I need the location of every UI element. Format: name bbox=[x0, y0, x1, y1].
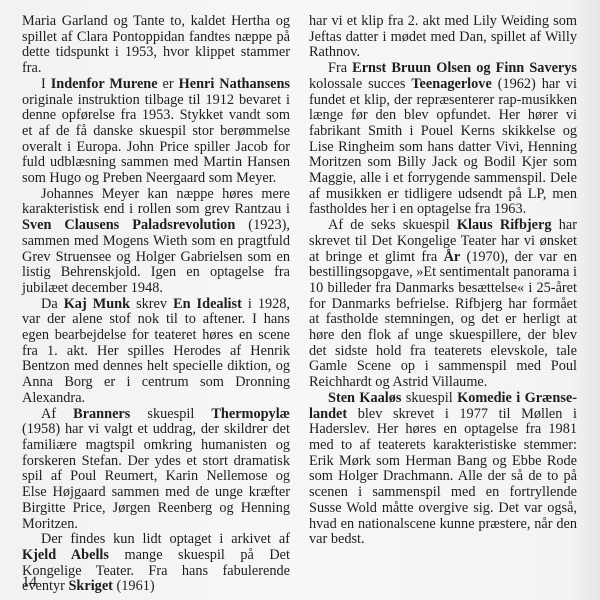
paragraph: Fra Ernst Bruun Olsen og Finn Saverys ko… bbox=[309, 61, 577, 218]
text-segment: Af de seks skuespil bbox=[328, 217, 457, 233]
text-segment: (1962) har vi fundet et klip, der repræs… bbox=[309, 76, 577, 218]
text-segment: I bbox=[41, 76, 51, 92]
document-page: Maria Garland og Tante to, kaldet Hertha… bbox=[0, 0, 600, 600]
play-title-thermopylae: Thermopylæ bbox=[211, 406, 290, 422]
play-title-en-idealist: En Idealist bbox=[173, 296, 242, 312]
paragraph: Af Branners skuespil Thermopylæ (1958) h… bbox=[22, 407, 290, 533]
text-segment: skuespil bbox=[130, 406, 211, 422]
text-segment: skuespil bbox=[401, 390, 457, 406]
paragraph: Da Kaj Munk skrev En Idealist i 1928, va… bbox=[22, 297, 290, 407]
text-segment: blev skrevet i 1977 til Møllen i Hadersl… bbox=[309, 406, 577, 548]
play-title-paladsrevolution: Sven Clausens Paladsrevolution bbox=[22, 217, 235, 233]
text-segment: Da bbox=[41, 296, 64, 312]
text-segment: Af bbox=[41, 406, 73, 422]
text-segment: Maria Garland og Tante to, kaldet Hertha… bbox=[22, 13, 290, 76]
text-segment: har vi et klip fra 2. akt med Lily Weidi… bbox=[309, 13, 577, 60]
text-segment: Johannes Meyer kan næppe høres mere kara… bbox=[22, 186, 290, 218]
author-branner: Branners bbox=[73, 406, 130, 422]
text-segment: er bbox=[158, 76, 179, 92]
author-sten-kaaloe: Sten Kaaløs bbox=[328, 390, 401, 406]
paragraph: Johannes Meyer kan næppe høres mere kara… bbox=[22, 187, 290, 297]
text-segment: (1961) bbox=[113, 578, 155, 594]
paragraph: Sten Kaaløs skuespil Komedie i Grænse­la… bbox=[309, 391, 577, 548]
text-segment: i 1928, var der alene stof nok til to af… bbox=[22, 296, 290, 406]
play-title-teenagerlove: Teenagerlove bbox=[411, 76, 491, 92]
play-title-skriget: Skriget bbox=[68, 578, 112, 594]
paragraph: Der findes kun lidt optaget i arkivet af… bbox=[22, 532, 290, 595]
author-olsen-savery: Ernst Bruun Olsen og Finn Saverys bbox=[352, 60, 577, 76]
text-segment: kolossale succes bbox=[309, 76, 411, 92]
play-title-aar: År bbox=[444, 249, 461, 265]
author-kaj-munk: Kaj Munk bbox=[64, 296, 130, 312]
text-segment: (1970), der var en bestillingsopgave, »E… bbox=[309, 249, 577, 391]
text-segment: Der findes kun lidt optaget i arkivet af bbox=[41, 531, 290, 547]
author-klaus-rifbjerg: Klaus Rifbjerg bbox=[457, 217, 552, 233]
right-column: har vi et klip fra 2. akt med Lily Weidi… bbox=[309, 14, 577, 548]
author-henri-nathansen: Henri Nathansens bbox=[179, 76, 290, 92]
left-column: Maria Garland og Tante to, kaldet Hertha… bbox=[22, 14, 290, 595]
text-segment: (1958) har vi valgt et uddrag, der skild… bbox=[22, 421, 290, 531]
author-kjeld-abell: Kjeld Abells bbox=[22, 547, 109, 563]
page-number: 14 bbox=[22, 574, 37, 590]
paragraph: Maria Garland og Tante to, kaldet Hertha… bbox=[22, 14, 290, 77]
text-segment: Fra bbox=[328, 60, 352, 76]
text-segment: originale instruktion tilbage til 1912 b… bbox=[22, 92, 290, 187]
paragraph: Af de seks skuespil Klaus Rifbjerg har s… bbox=[309, 218, 577, 391]
play-title-indenfor-murene: Indenfor Murene bbox=[51, 76, 158, 92]
paragraph: har vi et klip fra 2. akt med Lily Weidi… bbox=[309, 14, 577, 61]
paragraph: I Indenfor Murene er Henri Nathansens or… bbox=[22, 77, 290, 187]
text-segment: skrev bbox=[130, 296, 173, 312]
